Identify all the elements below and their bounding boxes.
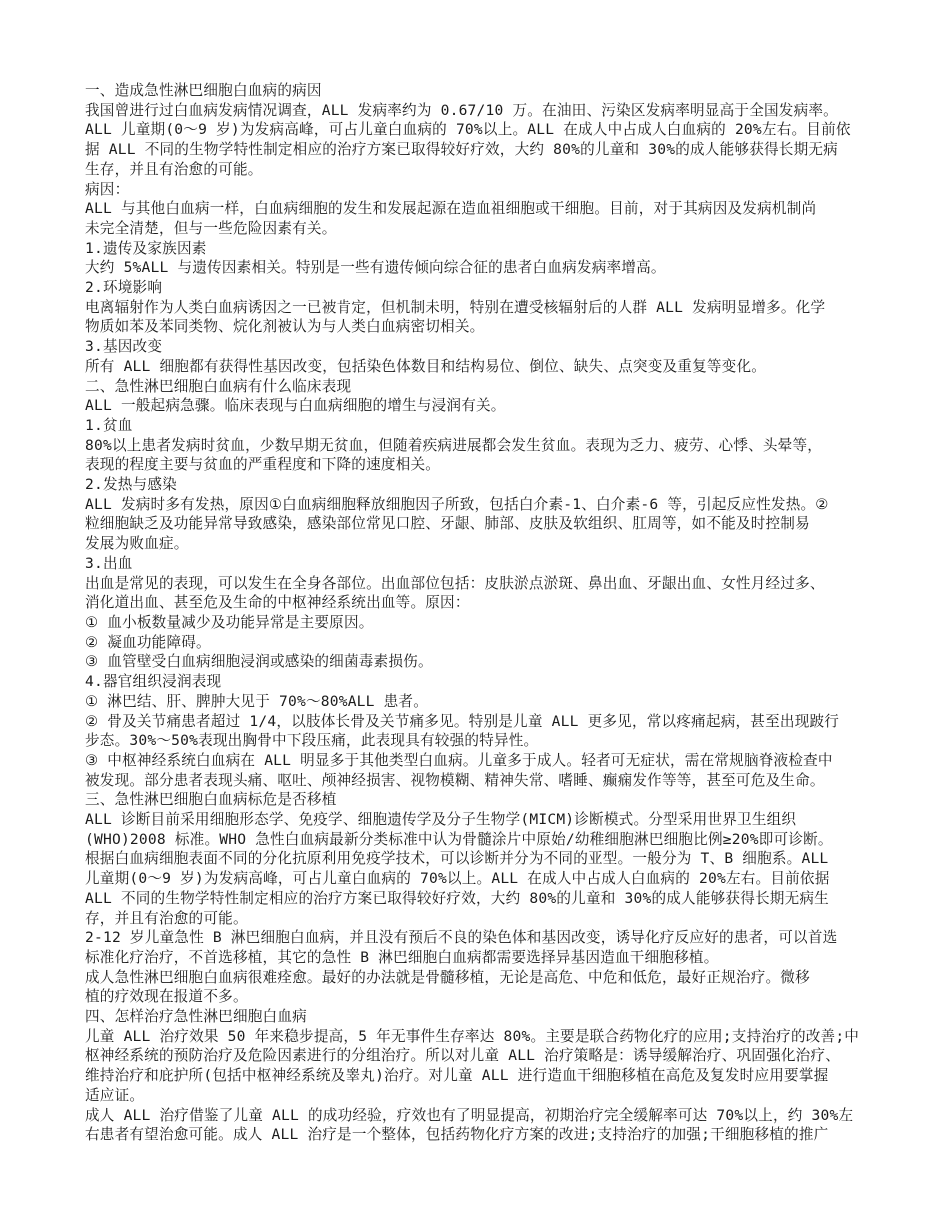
- text-line: 1.遗传及家族因素: [85, 239, 875, 259]
- text-line: 儿童期(0～9 岁)为发病高峰，可占儿童白血病的 70%以上。ALL 在成人中占…: [85, 869, 875, 889]
- text-line: 3.基因改变: [85, 337, 875, 357]
- text-line: ALL 不同的生物学特性制定相应的治疗方案已取得较好疗效，大约 80%的儿童和 …: [85, 889, 875, 909]
- text-line: 四、怎样治疗急性淋巴细胞白血病: [85, 1007, 875, 1027]
- text-line: 出血是常见的表现，可以发生在全身各部位。出血部位包括：皮肤淤点淤斑、鼻出血、牙龈…: [85, 574, 875, 594]
- text-line: ALL 儿童期(0～9 岁)为发病高峰，可占儿童白血病的 70%以上。ALL 在…: [85, 120, 875, 140]
- text-line: ALL 一般起病急骤。临床表现与白血病细胞的增生与浸润有关。: [85, 396, 875, 416]
- text-line: ① 血小板数量减少及功能异常是主要原因。: [85, 613, 875, 633]
- text-line: 3.出血: [85, 554, 875, 574]
- text-line: 发展为败血症。: [85, 534, 875, 554]
- text-line: 二、急性淋巴细胞白血病有什么临床表现: [85, 377, 875, 397]
- text-line: 粒细胞缺乏及功能异常导致感染，感染部位常见口腔、牙龈、肺部、皮肤及软组织、肛周等…: [85, 514, 875, 534]
- document-text-body: 一、造成急性淋巴细胞白血病的病因我国曾进行过白血病发病情况调查，ALL 发病率约…: [85, 81, 875, 1145]
- text-line: 2.环境影响: [85, 278, 875, 298]
- text-line: 物质如苯及苯同类物、烷化剂被认为与人类白血病密切相关。: [85, 317, 875, 337]
- text-line: 一、造成急性淋巴细胞白血病的病因: [85, 81, 875, 101]
- text-line: 维持治疗和庇护所(包括中枢神经系统及睾丸)治疗。对儿童 ALL 进行造血干细胞移…: [85, 1066, 875, 1086]
- text-line: 1.贫血: [85, 416, 875, 436]
- text-line: 枢神经系统的预防治疗及危险因素进行的分组治疗。所以对儿童 ALL 治疗策略是：诱…: [85, 1046, 875, 1066]
- text-line: 被发现。部分患者表现头痛、呕吐、颅神经损害、视物模糊、精神失常、嗜睡、癫痫发作等…: [85, 771, 875, 791]
- text-line: ② 骨及关节痛患者超过 1/4，以肢体长骨及关节痛多见。特别是儿童 ALL 更多…: [85, 712, 875, 732]
- text-line: ③ 中枢神经系统白血病在 ALL 明显多于其他类型白血病。儿童多于成人。轻者可无…: [85, 751, 875, 771]
- text-line: (WHO)2008 标准。WHO 急性白血病最新分类标准中认为骨髓涂片中原始/幼…: [85, 830, 875, 850]
- text-line: ③ 血管壁受白血病细胞浸润或感染的细菌毒素损伤。: [85, 652, 875, 672]
- text-line: ② 凝血功能障碍。: [85, 633, 875, 653]
- text-line: 消化道出血、甚至危及生命的中枢神经系统出血等。原因：: [85, 593, 875, 613]
- text-line: 据 ALL 不同的生物学特性制定相应的治疗方案已取得较好疗效，大约 80%的儿童…: [85, 140, 875, 160]
- text-line: 电离辐射作为人类白血病诱因之一已被肯定，但机制未明，特别在遭受核辐射后的人群 A…: [85, 298, 875, 318]
- text-line: 标准化疗治疗，不首选移植，其它的急性 B 淋巴细胞白血病都需要选择异基因造血干细…: [85, 948, 875, 968]
- text-line: 2-12 岁儿童急性 B 淋巴细胞白血病，并且没有预后不良的染色体和基因改变，诱…: [85, 928, 875, 948]
- text-line: 病因：: [85, 180, 875, 200]
- text-line: ① 淋巴结、肝、脾肿大见于 70%～80%ALL 患者。: [85, 692, 875, 712]
- text-line: 步态。30%～50%表现出胸骨中下段压痛，此表现具有较强的特异性。: [85, 731, 875, 751]
- text-line: 我国曾进行过白血病发病情况调查，ALL 发病率约为 0.67/10 万。在油田、…: [85, 101, 875, 121]
- text-line: 成人 ALL 治疗借鉴了儿童 ALL 的成功经验，疗效也有了明显提高，初期治疗完…: [85, 1106, 875, 1126]
- text-line: 4.器官组织浸润表现: [85, 672, 875, 692]
- text-line: 成人急性淋巴细胞白血病很难痊愈。最好的办法就是骨髓移植，无论是高危、中危和低危，…: [85, 968, 875, 988]
- text-line: ALL 诊断目前采用细胞形态学、免疫学、细胞遗传学及分子生物学(MICM)诊断模…: [85, 810, 875, 830]
- text-line: 根据白血病细胞表面不同的分化抗原利用免疫学技术，可以诊断并分为不同的亚型。一般分…: [85, 849, 875, 869]
- text-line: 表现的程度主要与贫血的严重程度和下降的速度相关。: [85, 455, 875, 475]
- text-line: 适应证。: [85, 1086, 875, 1106]
- text-line: 植的疗效现在报道不多。: [85, 987, 875, 1007]
- text-line: ALL 与其他白血病一样，白血病细胞的发生和发展起源在造血祖细胞或干细胞。目前，…: [85, 199, 875, 219]
- text-line: 儿童 ALL 治疗效果 50 年来稳步提高，5 年无事件生存率达 80%。主要是…: [85, 1027, 875, 1047]
- text-line: 三、急性淋巴细胞白血病标危是否移植: [85, 790, 875, 810]
- text-line: 80%以上患者发病时贫血，少数早期无贫血，但随着疾病进展都会发生贫血。表现为乏力…: [85, 436, 875, 456]
- text-line: 右患者有望治愈可能。成人 ALL 治疗是一个整体，包括药物化疗方案的改进;支持治…: [85, 1125, 875, 1145]
- text-line: 未完全清楚，但与一些危险因素有关。: [85, 219, 875, 239]
- text-line: 大约 5%ALL 与遗传因素相关。特别是一些有遗传倾向综合征的患者白血病发病率增…: [85, 258, 875, 278]
- text-line: ALL 发病时多有发热，原因①白血病细胞释放细胞因子所致，包括白介素-1、白介素…: [85, 495, 875, 515]
- document-page: 一、造成急性淋巴细胞白血病的病因我国曾进行过白血病发病情况调查，ALL 发病率约…: [0, 0, 950, 1230]
- text-line: 生存，并且有治愈的可能。: [85, 160, 875, 180]
- text-line: 所有 ALL 细胞都有获得性基因改变，包括染色体数目和结构易位、倒位、缺失、点突…: [85, 357, 875, 377]
- text-line: 存，并且有治愈的可能。: [85, 909, 875, 929]
- text-line: 2.发热与感染: [85, 475, 875, 495]
